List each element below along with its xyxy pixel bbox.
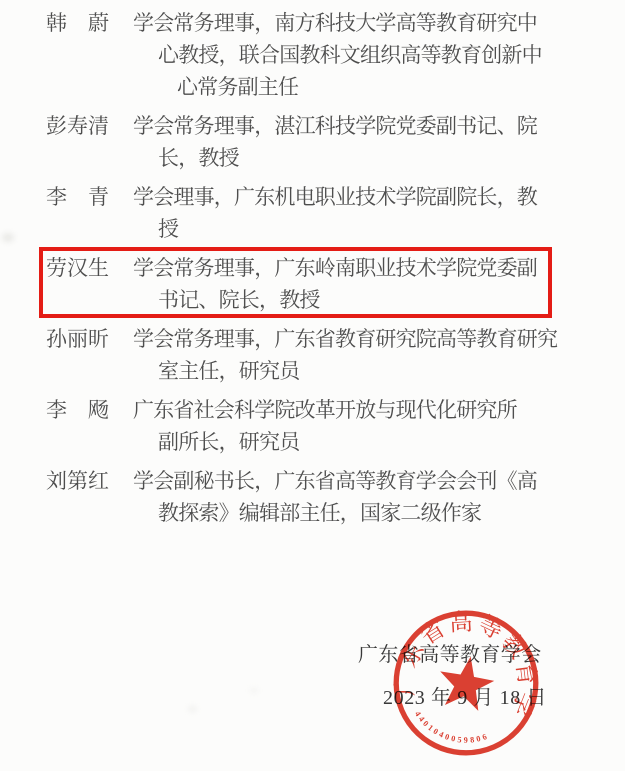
member-entry: 韩 蔚 学会常务理事，南方科技大学高等教育研究中 心教授，联合国教科文组织高等教… <box>46 7 625 103</box>
member-role-line: 室主任，研究员 <box>158 355 625 387</box>
member-role-line: 副所长，研究员 <box>158 426 625 458</box>
member-role-line: 学会副秘书长，广东省高等教育学会会刊《高 <box>133 465 625 497</box>
member-entry: 李 飏 广东省社会科学院改革开放与现代化研究所 副所长，研究员 <box>46 394 625 458</box>
member-roles: 广东省社会科学院改革开放与现代化研究所 副所长，研究员 <box>133 394 625 458</box>
member-role-line: 长，教授 <box>158 142 625 174</box>
member-roles: 学会副秘书长，广东省高等教育学会会刊《高 教探索》编辑部主任，国家二级作家 <box>133 465 625 529</box>
member-roles: 学会常务理事，广东岭南职业技术学院党委副 书记、院长，教授 <box>133 252 625 316</box>
star-icon <box>435 652 498 713</box>
seal-serial-number: 4401040059806 <box>409 708 493 749</box>
member-role-line: 心教授，联合国教科文组织高等教育创新中 <box>158 39 625 71</box>
member-name: 韩 蔚 <box>46 7 133 103</box>
member-role-line: 学会理事，广东机电职业技术学院副院长，教 <box>133 181 625 213</box>
member-roles: 学会常务理事，南方科技大学高等教育研究中 心教授，联合国教科文组织高等教育创新中… <box>133 7 625 103</box>
member-role-line: 心常务副主任 <box>177 71 625 103</box>
member-role-line: 学会常务理事，南方科技大学高等教育研究中 <box>133 7 625 39</box>
document-page: 韩 蔚 学会常务理事，南方科技大学高等教育研究中 心教授，联合国教科文组织高等教… <box>0 0 625 771</box>
member-roles: 学会理事，广东机电职业技术学院副院长，教 授 <box>133 181 625 245</box>
member-role-line: 书记、院长，教授 <box>158 284 625 316</box>
member-roles: 学会常务理事，湛江科技学院党委副书记、院 长，教授 <box>133 110 625 174</box>
member-role-line: 学会常务理事，广东省教育研究院高等教育研究 <box>133 323 625 355</box>
member-entry: 彭寿清 学会常务理事，湛江科技学院党委副书记、院 长，教授 <box>46 110 625 174</box>
member-name: 孙丽昕 <box>46 323 133 387</box>
member-list: 韩 蔚 学会常务理事，南方科技大学高等教育研究中 心教授，联合国教科文组织高等教… <box>0 0 625 529</box>
member-entry: 李 青 学会理事，广东机电职业技术学院副院长，教 授 <box>46 181 625 245</box>
official-seal: 广东省高等教育学会 4401040059806 <box>389 606 543 760</box>
member-role-line: 教探索》编辑部主任，国家二级作家 <box>158 497 625 529</box>
member-entry-highlighted: 劳汉生 学会常务理事，广东岭南职业技术学院党委副 书记、院长，教授 <box>46 252 625 316</box>
member-name: 彭寿清 <box>46 110 133 174</box>
member-role-line: 广东省社会科学院改革开放与现代化研究所 <box>133 394 625 426</box>
scan-smudge <box>188 706 197 712</box>
member-name: 李 青 <box>46 181 133 245</box>
member-role-line: 授 <box>158 213 625 245</box>
member-name: 刘第红 <box>46 465 133 529</box>
seal-arc-text: 广东省高等教育学会 <box>389 606 543 723</box>
member-name: 劳汉生 <box>46 252 133 316</box>
member-role-line: 学会常务理事，广东岭南职业技术学院党委副 <box>133 252 625 284</box>
member-name: 李 飏 <box>46 394 133 458</box>
scan-smudge <box>250 688 258 693</box>
member-entry: 刘第红 学会副秘书长，广东省高等教育学会会刊《高 教探索》编辑部主任，国家二级作… <box>46 465 625 529</box>
member-entry: 孙丽昕 学会常务理事，广东省教育研究院高等教育研究 室主任，研究员 <box>46 323 625 387</box>
member-role-line: 学会常务理事，湛江科技学院党委副书记、院 <box>133 110 625 142</box>
member-roles: 学会常务理事，广东省教育研究院高等教育研究 室主任，研究员 <box>133 323 625 387</box>
